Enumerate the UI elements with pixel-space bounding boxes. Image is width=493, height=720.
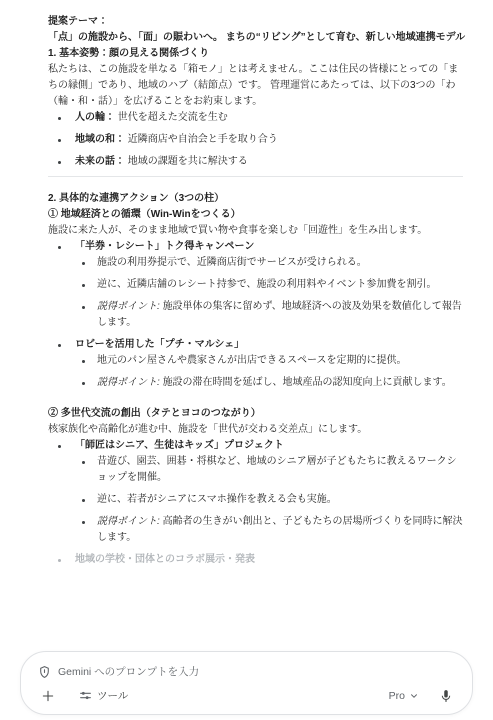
bullet-text: 逆に、近隣店舗のレシート持参で、施設の利用料やイベント参加費を割引。 [97,279,437,290]
chat-scroll-area[interactable]: 提案テーマ： 「点」の施設から、「面」の賑わいへ。 まちの“リビング”として育む… [0,0,493,650]
bullet-text: 地元のパン屋さんや農家さんが出店できるスペースを定期的に提供。 [97,355,407,366]
list-item-faded: 地域の学校・団体とのコラボ展示・発表 [48,552,463,568]
bullet-title: 「半券・レシート」トク得キャンペーン [75,241,254,252]
gemini-chat-screen: 提案テーマ： 「点」の施設から、「面」の賑わいへ。 まちの“リビング”として育む… [0,0,493,720]
list-item: 昔遊び、園芸、囲碁・将棋など、地域のシニア層が子どもたちに教えるワークショップを… [75,454,463,486]
list-item: 説得ポイント: 施設単体の集客に留めず、地域経済への波及効果を数値化して報告しま… [75,299,463,331]
prompt-composer: Gemini へのプロンプトを入力 ツール [20,651,473,715]
tune-icon [79,689,92,702]
bullet-text: 施設の利用券提示で、近隣商店街でサービスが受けられる。 [97,257,367,268]
prompt-placeholder: Gemini へのプロンプトを入力 [58,664,199,679]
proposal-title: 「点」の施設から、「面」の賑わいへ。 まちの“リビング”として育む、新しい地域連… [48,30,463,46]
pillar1-list: 「半券・レシート」トク得キャンペーン 施設の利用券提示で、近隣商店街でサービスが… [48,239,463,391]
bullet-title: 「師匠はシニア、生徒はキッズ」プロジェクト [75,440,284,451]
pillar2-intro: 核家族化や高齢化が進む中、施設を「世代が交わる交差点」にします。 [48,422,463,438]
list-item: ロビーを活用した「プチ・マルシェ」 地元のパン屋さんや農家さんが出店できるスペー… [48,337,463,391]
bullet-text: 昔遊び、園芸、囲碁・将棋など、地域のシニア層が子どもたちに教えるワークショップを… [97,456,457,483]
bullet-lead: 人の輪： [75,112,115,123]
section-divider [48,176,463,177]
sub-list: 昔遊び、園芸、囲碁・将棋など、地域のシニア層が子どもたちに教えるワークショップを… [75,454,463,546]
sub-list: 地元のパン屋さんや農家さんが出店できるスペースを定期的に提供。 説得ポイント: … [75,353,463,391]
persuasion-point-lead: 説得ポイント: [97,301,160,312]
bullet-lead: 未来の話： [75,156,125,167]
add-button[interactable] [41,689,55,703]
bullet-title: 地域の学校・団体とのコラボ展示・発表 [75,554,255,565]
persuasion-point-lead: 説得ポイント: [97,377,160,388]
list-item: 未来の話： 地域の課題を共に解決する [48,154,463,170]
model-selector[interactable]: Pro [389,690,419,702]
tools-label: ツール [97,688,128,703]
bullet-text: 世代を超えた交流を生む [118,112,228,123]
list-item: 人の輪： 世代を超えた交流を生む [48,110,463,126]
shield-icon [38,665,51,679]
list-item: 逆に、若者がシニアにスマホ操作を教える会も実施。 [75,492,463,508]
section2-heading: 2. 具体的な連携アクション（3つの柱） [48,191,463,207]
list-item: 「半券・レシート」トク得キャンペーン 施設の利用券提示で、近隣商店街でサービスが… [48,239,463,331]
list-item: 逆に、近隣店舗のレシート持参で、施設の利用料やイベント参加費を割引。 [75,277,463,293]
section1-bullet-list: 人の輪： 世代を超えた交流を生む 地域の和： 近隣商店や自治会と手を取り合う 未… [48,110,463,170]
composer-toolbar: ツール Pro [38,688,457,703]
list-item: 説得ポイント: 高齢者の生きがい創出と、子どもたちの居場所づくりを同時に解決しま… [75,514,463,546]
list-item: 施設の利用券提示で、近隣商店街でサービスが受けられる。 [75,255,463,271]
list-item: 「師匠はシニア、生徒はキッズ」プロジェクト 昔遊び、園芸、囲碁・将棋など、地域の… [48,438,463,546]
proposal-theme-label: 提案テーマ： [48,14,463,30]
bullet-text: 逆に、若者がシニアにスマホ操作を教える会も実施。 [97,494,337,505]
prompt-input[interactable]: Gemini へのプロンプトを入力 [38,664,457,679]
pillar2-list: 「師匠はシニア、生徒はキッズ」プロジェクト 昔遊び、園芸、囲碁・将棋など、地域の… [48,438,463,568]
bullet-text: 施設の滞在時間を延ばし、地域産品の認知度向上に貢献します。 [163,377,452,388]
bullet-text: 地域の課題を共に解決する [128,156,248,167]
list-item: 地元のパン屋さんや農家さんが出店できるスペースを定期的に提供。 [75,353,463,369]
mic-button[interactable] [439,689,453,703]
section1-heading: 1. 基本姿勢：顔の見える関係づくり [48,46,463,62]
microphone-icon [439,689,453,703]
list-item: 地域の和： 近隣商店や自治会と手を取り合う [48,132,463,148]
list-item: 説得ポイント: 施設の滞在時間を延ばし、地域産品の認知度向上に貢献します。 [75,375,463,391]
sub-list: 施設の利用券提示で、近隣商店街でサービスが受けられる。 逆に、近隣店舗のレシート… [75,255,463,331]
bullet-lead: 地域の和： [75,134,125,145]
tools-button[interactable]: ツール [79,688,128,703]
plus-icon [41,689,55,703]
pillar2-heading: ② 多世代交流の創出（タテとヨコのつながり） [48,406,463,422]
section1-paragraph: 私たちは、この施設を単なる「箱モノ」とは考えません。ここは住民の皆様にとっての「… [48,62,463,110]
bullet-text: 近隣商店や自治会と手を取り合う [128,134,278,145]
persuasion-point-lead: 説得ポイント: [97,516,160,527]
chevron-down-icon [409,691,419,701]
pillar1-intro: 施設に来た人が、そのまま地域で買い物や食事を楽しむ「回遊性」を生み出します。 [48,223,463,239]
pillar1-heading: ① 地域経済との循環（Win-Winをつくる） [48,207,463,223]
model-label: Pro [389,690,405,702]
bullet-title: ロビーを活用した「プチ・マルシェ」 [75,339,244,350]
